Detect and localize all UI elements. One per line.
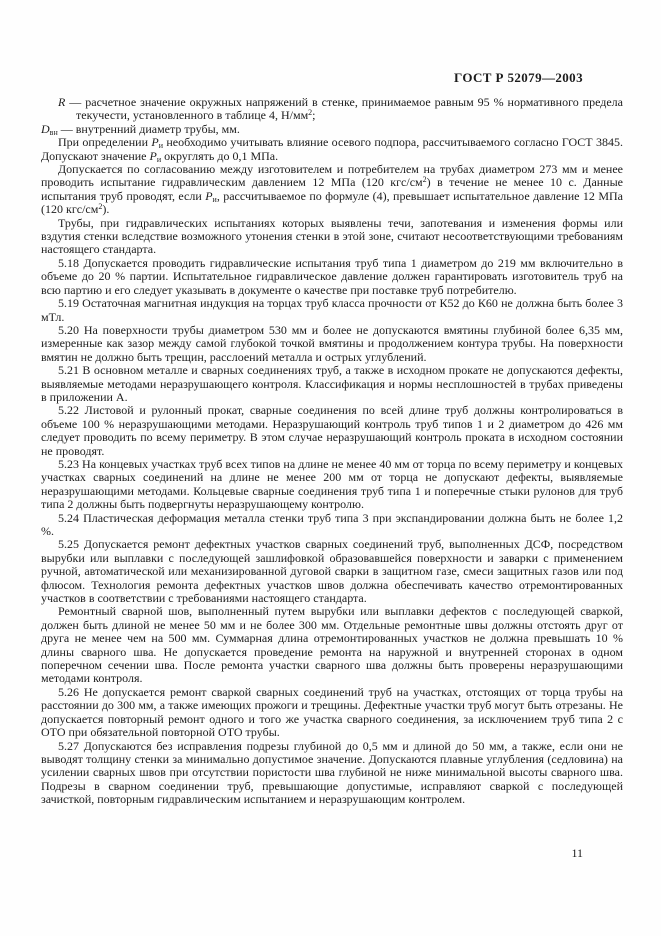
paragraph: 5.27 Допускаются без исправления подрезы… <box>41 740 623 807</box>
paragraph: 5.19 Остаточная магнитная индукция на то… <box>41 297 623 324</box>
page-number: 11 <box>41 846 583 861</box>
paragraph: 5.23 На концевых участках труб всех типо… <box>41 458 623 512</box>
paragraph: 5.26 Не допускается ремонт сваркой сварн… <box>41 686 623 740</box>
paragraph: 5.22 Листовой и рулонный прокат, сварные… <box>41 404 623 458</box>
paragraph: 5.21 В основном металле и сварных соедин… <box>41 364 623 404</box>
running-header: ГОСТ Р 52079—2003 <box>41 70 583 86</box>
paragraph: 5.24 Пластическая деформация металла сте… <box>41 512 623 539</box>
paragraph: Допускается по согласованию между изгото… <box>41 163 623 217</box>
document-body: R — расчетное значение окружных напряжен… <box>41 96 623 807</box>
paragraph: 5.25 Допускается ремонт дефектных участк… <box>41 538 623 605</box>
paragraph: 5.20 На поверхности трубы диаметром 530 … <box>41 324 623 364</box>
paragraph: 5.18 Допускается проводить гидравлически… <box>41 257 623 297</box>
paragraph: R — расчетное значение окружных напряжен… <box>41 96 623 123</box>
paragraph: Dвн — внутренний диаметр трубы, мм. <box>41 123 623 136</box>
paragraph: Трубы, при гидравлических испытаниях кот… <box>41 217 623 257</box>
document-page: ГОСТ Р 52079—2003 R — расчетное значение… <box>0 0 661 936</box>
paragraph: Ремонтный сварной шов, выполненный путем… <box>41 605 623 685</box>
paragraph: При определении Ри необходимо учитывать … <box>41 136 623 163</box>
